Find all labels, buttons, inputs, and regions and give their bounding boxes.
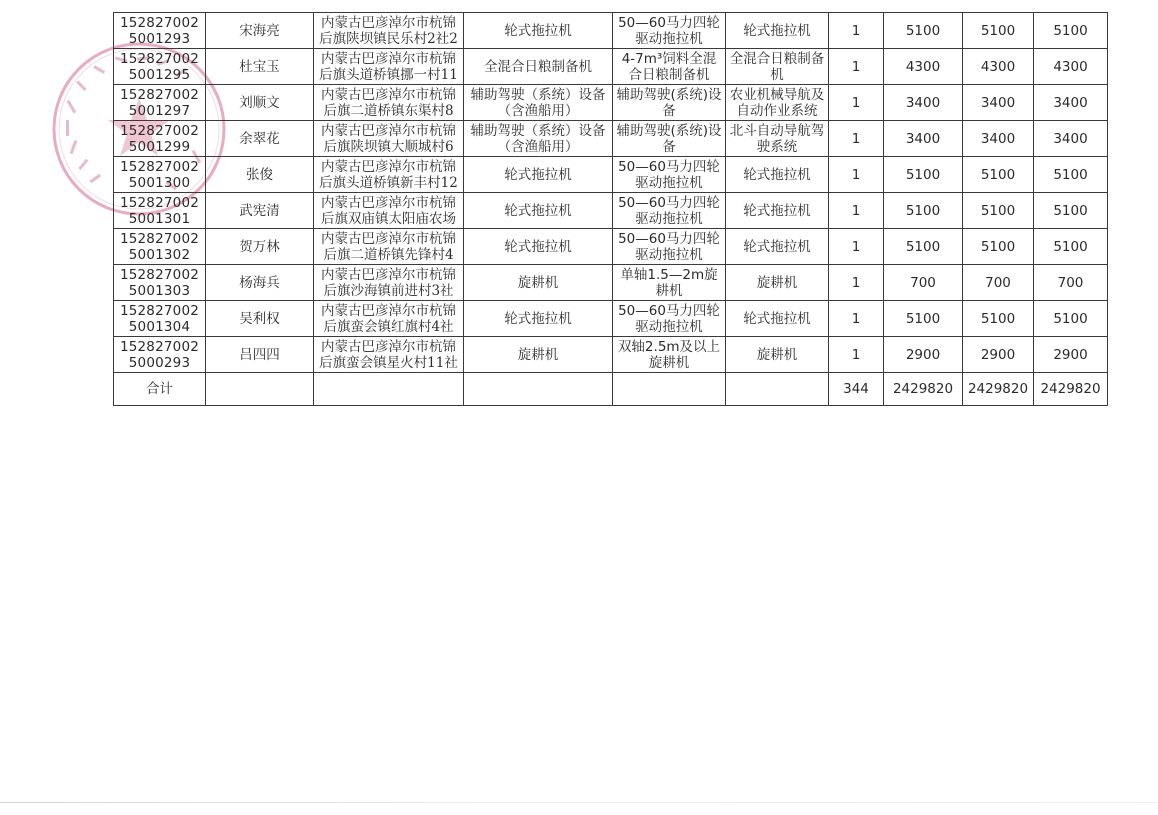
id-number-cell: 1528270025001301 (114, 193, 206, 229)
address-cell-text: 后旗头道桥镇新丰村12 (316, 175, 461, 191)
amount3-cell-text: 700 (1036, 275, 1105, 291)
amount3-cell-text: 5100 (1036, 23, 1105, 39)
item-cell: 辅助驾驶(系统)设备 (613, 121, 726, 157)
id-number-cell-text: 5001297 (116, 103, 203, 119)
item-cell: 50—60马力四轮驱动拖拉机 (613, 13, 726, 49)
item-cell: 50—60马力四轮驱动拖拉机 (613, 193, 726, 229)
total-row: 合计344242982024298202429820 (114, 373, 1108, 406)
address-cell-text: 后旗头道桥镇挪一村11 (316, 67, 461, 83)
address-cell: 内蒙古巴彦淖尔市杭锦后旗陕坝镇大顺城村6 (314, 121, 464, 157)
category-cell: 轮式拖拉机 (464, 229, 613, 265)
address-cell: 内蒙古巴彦淖尔市杭锦后旗双庙镇太阳庙农场 (314, 193, 464, 229)
category-cell-text: 轮式拖拉机 (466, 167, 610, 183)
amount2-cell: 5100 (963, 301, 1034, 337)
model-cell-text: 自动作业系统 (728, 103, 826, 119)
quantity-cell: 1 (829, 121, 884, 157)
item-cell-text: 双轴2.5m及以上 (615, 339, 723, 355)
amount2-cell: 5100 (963, 229, 1034, 265)
id-number-cell-text: 152827002 (116, 15, 203, 31)
name-cell: 刘顺文 (206, 85, 314, 121)
amount2-cell: 5100 (963, 157, 1034, 193)
model-cell: 轮式拖拉机 (726, 229, 829, 265)
model-cell-text: 轮式拖拉机 (728, 23, 826, 39)
model-cell: 旋耕机 (726, 337, 829, 373)
table-row: 1528270025001299余翠花内蒙古巴彦淖尔市杭锦后旗陕坝镇大顺城村6辅… (114, 121, 1108, 157)
amount3-cell-text: 4300 (1036, 59, 1105, 75)
address-cell-text: 内蒙古巴彦淖尔市杭锦 (316, 15, 461, 31)
item-cell: 双轴2.5m及以上旋耕机 (613, 337, 726, 373)
table-row: 1528270025001304吴利权内蒙古巴彦淖尔市杭锦后旗蛮会镇红旗村4社轮… (114, 301, 1108, 337)
table-row: 1528270025001303杨海兵内蒙古巴彦淖尔市杭锦后旗沙海镇前进村3社旋… (114, 265, 1108, 301)
name-cell: 吕四四 (206, 337, 314, 373)
model-cell-text: 轮式拖拉机 (728, 311, 826, 327)
item-cell-text: 辅助驾驶(系统)设 (615, 87, 723, 103)
id-number-cell: 1528270025001303 (114, 265, 206, 301)
item-cell-text: 驱动拖拉机 (615, 247, 723, 263)
name-cell-text: 刘顺文 (208, 95, 311, 111)
amount2-cell-text: 3400 (965, 131, 1031, 147)
total-amount3-cell-text: 2429820 (1036, 381, 1105, 397)
id-number-cell-text: 152827002 (116, 51, 203, 67)
model-cell-text: 旋耕机 (728, 347, 826, 363)
category-cell-text: 辅助驾驶（系统）设备 (466, 123, 610, 139)
table-row: 1528270025001301武宪清内蒙古巴彦淖尔市杭锦后旗双庙镇太阳庙农场轮… (114, 193, 1108, 229)
item-cell: 50—60马力四轮驱动拖拉机 (613, 229, 726, 265)
category-cell-text: 辅助驾驶（系统）设备 (466, 87, 610, 103)
amount2-cell-text: 5100 (965, 167, 1031, 183)
amount2-cell-text: 4300 (965, 59, 1031, 75)
id-number-cell-text: 5001303 (116, 283, 203, 299)
scan-edge-line (0, 802, 1158, 803)
quantity-cell: 1 (829, 49, 884, 85)
address-cell: 内蒙古巴彦淖尔市杭锦后旗沙海镇前进村3社 (314, 265, 464, 301)
model-cell-text: 驶系统 (728, 139, 826, 155)
id-number-cell-text: 5001295 (116, 67, 203, 83)
address-cell-text: 内蒙古巴彦淖尔市杭锦 (316, 231, 461, 247)
table-row: 1528270025001297刘顺文内蒙古巴彦淖尔市杭锦后旗二道桥镇东渠村8辅… (114, 85, 1108, 121)
item-cell-text: 50—60马力四轮 (615, 195, 723, 211)
id-number-cell-text: 5001293 (116, 31, 203, 47)
address-cell-text: 内蒙古巴彦淖尔市杭锦 (316, 51, 461, 67)
amount3-cell-text: 3400 (1036, 131, 1105, 147)
model-cell-text: 全混合日粮制备 (728, 51, 826, 67)
amount3-cell: 700 (1034, 265, 1108, 301)
address-cell-text: 内蒙古巴彦淖尔市杭锦 (316, 159, 461, 175)
id-number-cell-text: 152827002 (116, 339, 203, 355)
category-cell: 辅助驾驶（系统）设备（含渔船用） (464, 85, 613, 121)
id-number-cell-text: 152827002 (116, 123, 203, 139)
amount3-cell: 3400 (1034, 85, 1108, 121)
address-cell-text: 后旗陕坝镇大顺城村6 (316, 139, 461, 155)
amount2-cell: 2900 (963, 337, 1034, 373)
amount1-cell: 5100 (884, 13, 963, 49)
name-cell: 杜宝玉 (206, 49, 314, 85)
total-quantity-cell-text: 344 (831, 381, 881, 397)
item-cell-text: 驱动拖拉机 (615, 211, 723, 227)
amount2-cell: 700 (963, 265, 1034, 301)
amount2-cell-text: 5100 (965, 23, 1031, 39)
subsidy-list-table: 1528270025001293宋海亮内蒙古巴彦淖尔市杭锦后旗陕坝镇民乐村2社2… (113, 12, 1108, 406)
address-cell-text: 后旗蛮会镇红旗村4社 (316, 319, 461, 335)
id-number-cell: 1528270025001304 (114, 301, 206, 337)
amount2-cell: 5100 (963, 193, 1034, 229)
total-label-cell-text: 合计 (116, 381, 203, 397)
amount3-cell-text: 5100 (1036, 311, 1105, 327)
amount2-cell-text: 5100 (965, 311, 1031, 327)
id-number-cell-text: 5000293 (116, 355, 203, 371)
model-cell-text: 轮式拖拉机 (728, 203, 826, 219)
table-row: 1528270025001300张俊内蒙古巴彦淖尔市杭锦后旗头道桥镇新丰村12轮… (114, 157, 1108, 193)
quantity-cell: 1 (829, 265, 884, 301)
amount3-cell-text: 2900 (1036, 347, 1105, 363)
empty-cell (726, 373, 829, 406)
amount3-cell-text: 5100 (1036, 167, 1105, 183)
address-cell-text: 内蒙古巴彦淖尔市杭锦 (316, 195, 461, 211)
address-cell: 内蒙古巴彦淖尔市杭锦后旗陕坝镇民乐村2社2 (314, 13, 464, 49)
address-cell: 内蒙古巴彦淖尔市杭锦后旗二道桥镇东渠村8 (314, 85, 464, 121)
name-cell-text: 杨海兵 (208, 275, 311, 291)
id-number-cell: 1528270025000293 (114, 337, 206, 373)
address-cell-text: 内蒙古巴彦淖尔市杭锦 (316, 123, 461, 139)
item-cell-text: 备 (615, 139, 723, 155)
category-cell-text: 轮式拖拉机 (466, 311, 610, 327)
item-cell: 辅助驾驶(系统)设备 (613, 85, 726, 121)
amount2-cell: 3400 (963, 121, 1034, 157)
model-cell: 农业机械导航及自动作业系统 (726, 85, 829, 121)
empty-cell (206, 373, 314, 406)
quantity-cell: 1 (829, 85, 884, 121)
model-cell-text: 轮式拖拉机 (728, 167, 826, 183)
model-cell-text: 农业机械导航及 (728, 87, 826, 103)
amount2-cell-text: 5100 (965, 203, 1031, 219)
amount1-cell: 4300 (884, 49, 963, 85)
empty-cell (314, 373, 464, 406)
item-cell-text: 驱动拖拉机 (615, 319, 723, 335)
quantity-cell: 1 (829, 193, 884, 229)
item-cell-text: 50—60马力四轮 (615, 159, 723, 175)
quantity-cell-text: 1 (831, 59, 881, 75)
name-cell: 贺万林 (206, 229, 314, 265)
address-cell-text: 内蒙古巴彦淖尔市杭锦 (316, 267, 461, 283)
id-number-cell-text: 5001302 (116, 247, 203, 263)
id-number-cell-text: 152827002 (116, 195, 203, 211)
amount3-cell: 4300 (1034, 49, 1108, 85)
item-cell: 4-7m³饲料全混合日粮制备机 (613, 49, 726, 85)
category-cell: 轮式拖拉机 (464, 301, 613, 337)
id-number-cell: 1528270025001299 (114, 121, 206, 157)
amount2-cell: 4300 (963, 49, 1034, 85)
quantity-cell-text: 1 (831, 311, 881, 327)
category-cell: 旋耕机 (464, 265, 613, 301)
category-cell: 全混合日粮制备机 (464, 49, 613, 85)
address-cell-text: 后旗陕坝镇民乐村2社2 (316, 31, 461, 47)
model-cell: 轮式拖拉机 (726, 301, 829, 337)
total-amount2-cell-text: 2429820 (965, 381, 1031, 397)
amount1-cell-text: 5100 (886, 239, 960, 255)
id-number-cell-text: 5001301 (116, 211, 203, 227)
amount2-cell: 5100 (963, 13, 1034, 49)
item-cell-text: 单轴1.5—2m旋 (615, 267, 723, 283)
model-cell-text: 机 (728, 67, 826, 83)
amount3-cell: 5100 (1034, 13, 1108, 49)
address-cell-text: 后旗沙海镇前进村3社 (316, 283, 461, 299)
address-cell: 内蒙古巴彦淖尔市杭锦后旗蛮会镇红旗村4社 (314, 301, 464, 337)
amount3-cell: 5100 (1034, 193, 1108, 229)
name-cell-text: 武宪清 (208, 203, 311, 219)
empty-cell (464, 373, 613, 406)
name-cell: 杨海兵 (206, 265, 314, 301)
amount2-cell: 3400 (963, 85, 1034, 121)
amount2-cell-text: 3400 (965, 95, 1031, 111)
address-cell: 内蒙古巴彦淖尔市杭锦后旗二道桥镇先锋村4 (314, 229, 464, 265)
category-cell: 旋耕机 (464, 337, 613, 373)
amount1-cell-text: 5100 (886, 203, 960, 219)
total-amount1-cell: 2429820 (884, 373, 963, 406)
id-number-cell: 1528270025001295 (114, 49, 206, 85)
address-cell-text: 后旗二道桥镇东渠村8 (316, 103, 461, 119)
item-cell-text: 50—60马力四轮 (615, 15, 723, 31)
item-cell-text: 驱动拖拉机 (615, 31, 723, 47)
amount1-cell: 5100 (884, 229, 963, 265)
total-label-cell: 合计 (114, 373, 206, 406)
model-cell: 全混合日粮制备机 (726, 49, 829, 85)
item-cell-text: 耕机 (615, 283, 723, 299)
item-cell-text: 备 (615, 103, 723, 119)
name-cell-text: 余翠花 (208, 131, 311, 147)
id-number-cell: 1528270025001302 (114, 229, 206, 265)
amount3-cell-text: 3400 (1036, 95, 1105, 111)
item-cell-text: 驱动拖拉机 (615, 175, 723, 191)
address-cell: 内蒙古巴彦淖尔市杭锦后旗头道桥镇挪一村11 (314, 49, 464, 85)
model-cell: 轮式拖拉机 (726, 13, 829, 49)
name-cell: 张俊 (206, 157, 314, 193)
quantity-cell: 1 (829, 337, 884, 373)
amount3-cell: 5100 (1034, 157, 1108, 193)
address-cell-text: 内蒙古巴彦淖尔市杭锦 (316, 87, 461, 103)
id-number-cell-text: 152827002 (116, 87, 203, 103)
amount3-cell: 3400 (1034, 121, 1108, 157)
address-cell-text: 后旗蛮会镇星火村11社 (316, 355, 461, 371)
id-number-cell-text: 152827002 (116, 231, 203, 247)
address-cell-text: 内蒙古巴彦淖尔市杭锦 (316, 339, 461, 355)
item-cell-text: 旋耕机 (615, 355, 723, 371)
quantity-cell-text: 1 (831, 347, 881, 363)
id-number-cell-text: 5001299 (116, 139, 203, 155)
id-number-cell: 1528270025001300 (114, 157, 206, 193)
amount2-cell-text: 2900 (965, 347, 1031, 363)
address-cell-text: 后旗双庙镇太阳庙农场 (316, 211, 461, 227)
name-cell-text: 杜宝玉 (208, 59, 311, 75)
category-cell-text: （含渔船用） (466, 139, 610, 155)
model-cell: 轮式拖拉机 (726, 193, 829, 229)
table-body: 1528270025001293宋海亮内蒙古巴彦淖尔市杭锦后旗陕坝镇民乐村2社2… (114, 13, 1108, 406)
id-number-cell-text: 152827002 (116, 267, 203, 283)
item-cell: 单轴1.5—2m旋耕机 (613, 265, 726, 301)
category-cell-text: （含渔船用） (466, 103, 610, 119)
amount2-cell-text: 700 (965, 275, 1031, 291)
quantity-cell-text: 1 (831, 239, 881, 255)
item-cell-text: 4-7m³饲料全混 (615, 51, 723, 67)
amount3-cell: 2900 (1034, 337, 1108, 373)
amount1-cell: 700 (884, 265, 963, 301)
amount3-cell: 5100 (1034, 301, 1108, 337)
amount1-cell-text: 3400 (886, 131, 960, 147)
total-quantity-cell: 344 (829, 373, 884, 406)
name-cell-text: 张俊 (208, 167, 311, 183)
id-number-cell: 1528270025001293 (114, 13, 206, 49)
empty-cell (613, 373, 726, 406)
quantity-cell: 1 (829, 301, 884, 337)
model-cell-text: 旋耕机 (728, 275, 826, 291)
scanned-page: 1528270025001293宋海亮内蒙古巴彦淖尔市杭锦后旗陕坝镇民乐村2社2… (0, 0, 1158, 815)
category-cell: 轮式拖拉机 (464, 157, 613, 193)
item-cell-text: 50—60马力四轮 (615, 303, 723, 319)
amount1-cell: 5100 (884, 157, 963, 193)
item-cell: 50—60马力四轮驱动拖拉机 (613, 157, 726, 193)
quantity-cell-text: 1 (831, 167, 881, 183)
table-row: 1528270025001302贺万林内蒙古巴彦淖尔市杭锦后旗二道桥镇先锋村4轮… (114, 229, 1108, 265)
amount3-cell: 5100 (1034, 229, 1108, 265)
quantity-cell-text: 1 (831, 203, 881, 219)
name-cell: 武宪清 (206, 193, 314, 229)
id-number-cell: 1528270025001297 (114, 85, 206, 121)
amount1-cell: 5100 (884, 301, 963, 337)
model-cell-text: 轮式拖拉机 (728, 239, 826, 255)
model-cell: 旋耕机 (726, 265, 829, 301)
category-cell-text: 轮式拖拉机 (466, 239, 610, 255)
name-cell: 宋海亮 (206, 13, 314, 49)
quantity-cell-text: 1 (831, 95, 881, 111)
amount1-cell-text: 4300 (886, 59, 960, 75)
name-cell: 吴利权 (206, 301, 314, 337)
model-cell: 北斗自动导航驾驶系统 (726, 121, 829, 157)
name-cell-text: 贺万林 (208, 239, 311, 255)
table-row: 1528270025001293宋海亮内蒙古巴彦淖尔市杭锦后旗陕坝镇民乐村2社2… (114, 13, 1108, 49)
quantity-cell-text: 1 (831, 275, 881, 291)
table-row: 1528270025000293吕四四内蒙古巴彦淖尔市杭锦后旗蛮会镇星火村11社… (114, 337, 1108, 373)
name-cell-text: 宋海亮 (208, 23, 311, 39)
id-number-cell-text: 152827002 (116, 159, 203, 175)
category-cell-text: 轮式拖拉机 (466, 23, 610, 39)
quantity-cell: 1 (829, 229, 884, 265)
category-cell-text: 旋耕机 (466, 347, 610, 363)
category-cell-text: 全混合日粮制备机 (466, 59, 610, 75)
item-cell-text: 辅助驾驶(系统)设 (615, 123, 723, 139)
total-amount3-cell: 2429820 (1034, 373, 1108, 406)
total-amount2-cell: 2429820 (963, 373, 1034, 406)
amount1-cell-text: 5100 (886, 311, 960, 327)
amount1-cell: 3400 (884, 85, 963, 121)
amount3-cell-text: 5100 (1036, 203, 1105, 219)
address-cell-text: 内蒙古巴彦淖尔市杭锦 (316, 303, 461, 319)
model-cell-text: 北斗自动导航驾 (728, 123, 826, 139)
quantity-cell-text: 1 (831, 23, 881, 39)
amount1-cell: 3400 (884, 121, 963, 157)
category-cell-text: 旋耕机 (466, 275, 610, 291)
item-cell-text: 50—60马力四轮 (615, 231, 723, 247)
amount1-cell-text: 5100 (886, 23, 960, 39)
quantity-cell: 1 (829, 157, 884, 193)
category-cell: 辅助驾驶（系统）设备（含渔船用） (464, 121, 613, 157)
id-number-cell-text: 152827002 (116, 303, 203, 319)
address-cell: 内蒙古巴彦淖尔市杭锦后旗蛮会镇星火村11社 (314, 337, 464, 373)
item-cell-text: 合日粮制备机 (615, 67, 723, 83)
amount1-cell-text: 2900 (886, 347, 960, 363)
amount2-cell-text: 5100 (965, 239, 1031, 255)
name-cell-text: 吕四四 (208, 347, 311, 363)
category-cell: 轮式拖拉机 (464, 193, 613, 229)
amount1-cell-text: 3400 (886, 95, 960, 111)
category-cell: 轮式拖拉机 (464, 13, 613, 49)
item-cell: 50—60马力四轮驱动拖拉机 (613, 301, 726, 337)
amount1-cell-text: 700 (886, 275, 960, 291)
model-cell: 轮式拖拉机 (726, 157, 829, 193)
total-amount1-cell-text: 2429820 (886, 381, 960, 397)
quantity-cell-text: 1 (831, 131, 881, 147)
id-number-cell-text: 5001300 (116, 175, 203, 191)
amount1-cell: 5100 (884, 193, 963, 229)
category-cell-text: 轮式拖拉机 (466, 203, 610, 219)
quantity-cell: 1 (829, 13, 884, 49)
address-cell: 内蒙古巴彦淖尔市杭锦后旗头道桥镇新丰村12 (314, 157, 464, 193)
amount1-cell: 2900 (884, 337, 963, 373)
name-cell: 余翠花 (206, 121, 314, 157)
table-row: 1528270025001295杜宝玉内蒙古巴彦淖尔市杭锦后旗头道桥镇挪一村11… (114, 49, 1108, 85)
amount3-cell-text: 5100 (1036, 239, 1105, 255)
amount1-cell-text: 5100 (886, 167, 960, 183)
address-cell-text: 后旗二道桥镇先锋村4 (316, 247, 461, 263)
id-number-cell-text: 5001304 (116, 319, 203, 335)
name-cell-text: 吴利权 (208, 311, 311, 327)
